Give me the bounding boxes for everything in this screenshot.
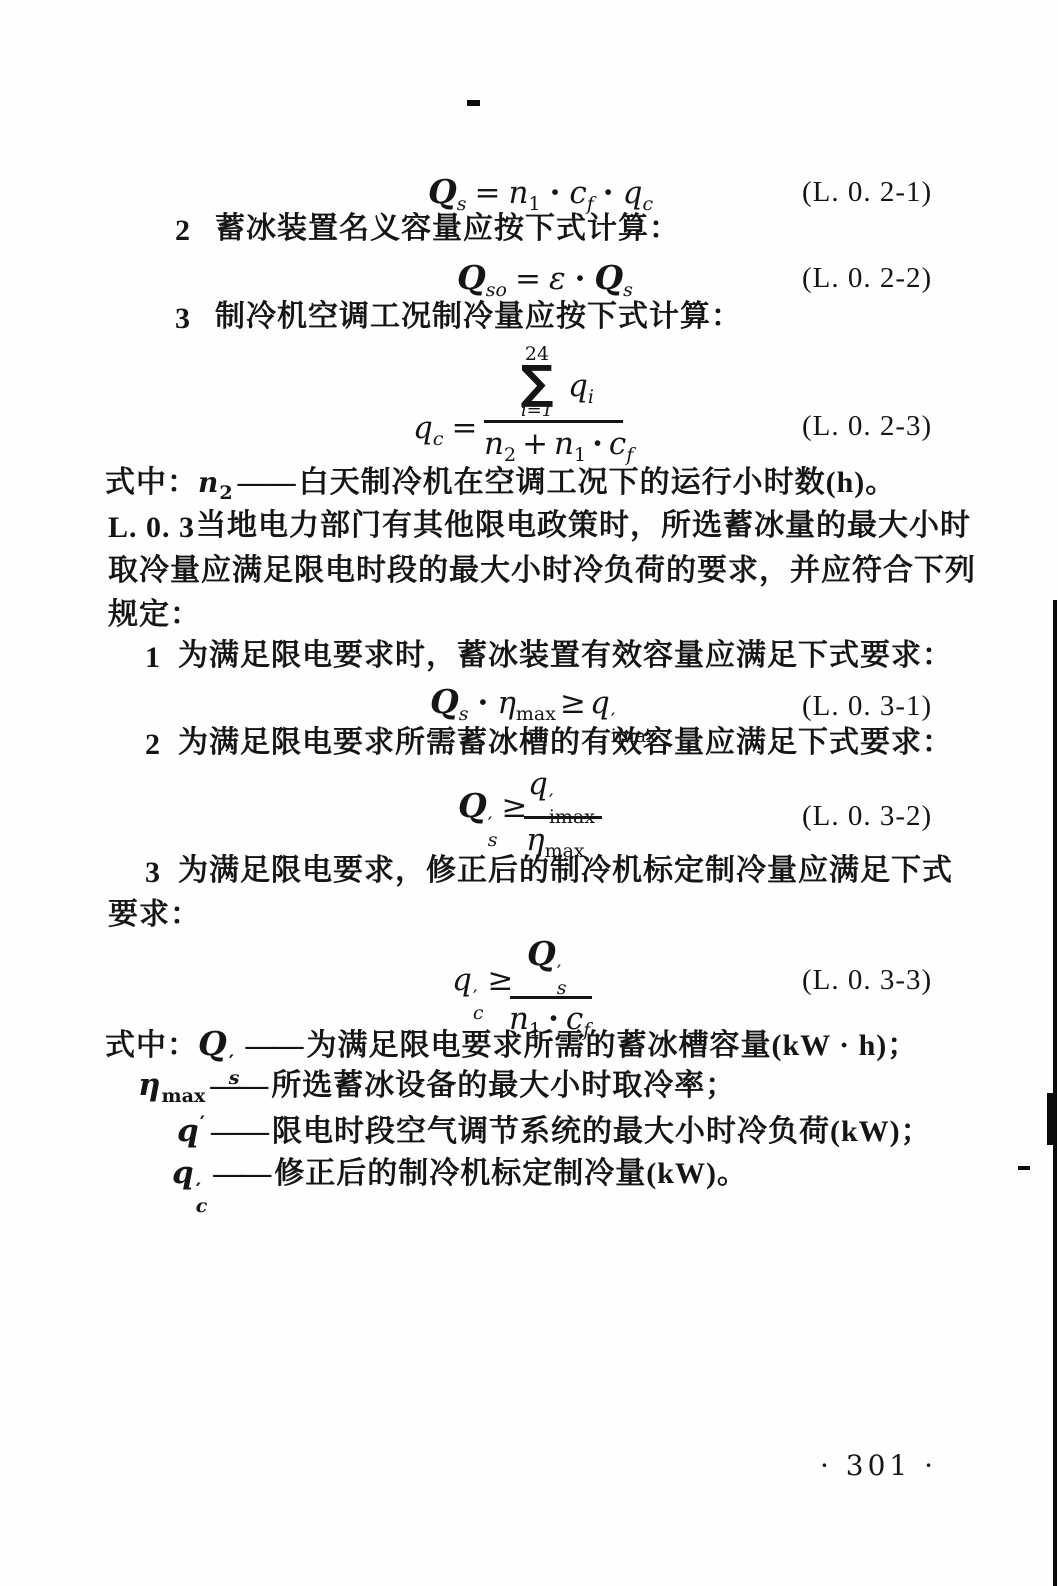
fraction-bar bbox=[510, 996, 592, 999]
item-number-2: 2 bbox=[175, 214, 190, 248]
scan-speck-top bbox=[467, 100, 480, 106]
var-Q: Q bbox=[198, 1024, 228, 1063]
prime-mark: ′ bbox=[200, 1111, 206, 1135]
formula-L.0.2-1: Qs=n1·cf·qc bbox=[428, 172, 653, 215]
var-c: c bbox=[609, 426, 626, 462]
var-Q: Q bbox=[428, 172, 457, 211]
clause-L.0.3-line1: 当地电力部门有其他限电政策时，所选蓄冰量的最大小时 bbox=[196, 509, 971, 542]
var-n: n bbox=[198, 466, 219, 499]
sub-c: c bbox=[473, 1006, 484, 1021]
var-Q: Q bbox=[457, 258, 486, 297]
fraction-bar bbox=[484, 420, 623, 423]
sub-c: c bbox=[433, 428, 444, 450]
sub-so: so bbox=[486, 279, 507, 301]
equals-sign: = bbox=[515, 261, 541, 297]
sigma-icon: ∑ bbox=[520, 364, 553, 402]
definition-dash: —— bbox=[211, 1115, 267, 1148]
item-3-text: 制冷机空调工况制冷量应按下式计算： bbox=[215, 300, 742, 333]
formula-L.0.3-2-lhs: Q′s≥ bbox=[458, 786, 532, 848]
greater-equal-sign: ≥ bbox=[560, 685, 586, 721]
plus-sign: + bbox=[522, 426, 548, 462]
prime-subscript-group: ′c bbox=[196, 1182, 209, 1214]
definition-row-q-prime: q′——限电时段空气调节系统的最大小时冷负荷(kW)； bbox=[177, 1112, 932, 1148]
equation-number-L.0.3-2: (L. 0. 3-2) bbox=[802, 800, 932, 833]
formula-L.0.3-3-lhs: q′c≥ bbox=[452, 962, 518, 1021]
greater-equal-sign: ≥ bbox=[488, 962, 514, 998]
var-eta: η bbox=[526, 822, 545, 858]
item-number-1: 1 bbox=[145, 641, 160, 675]
var-Q: Q bbox=[458, 786, 487, 825]
item-2-text: 蓄冰装置名义容量应按下式计算： bbox=[215, 212, 680, 245]
multiply-dot: · bbox=[603, 175, 614, 211]
clause-L.0.3-line3: 规定： bbox=[108, 598, 201, 631]
fraction-bar bbox=[524, 816, 602, 819]
scan-speck-mid bbox=[1018, 1166, 1030, 1170]
definition-text: 为满足限电要求所需的蓄冰槽容量(kW · h)； bbox=[306, 1029, 918, 1062]
formula-L.0.2-2: Qso=ε·Qs bbox=[457, 258, 633, 301]
sub-c: c bbox=[196, 1199, 209, 1214]
sub-s: s bbox=[488, 833, 498, 848]
sub-max: max bbox=[516, 703, 556, 725]
greater-equal-sign: ≥ bbox=[502, 789, 528, 825]
definition-row-eta-max: ηmax——所选蓄冰设备的最大小时取冷率； bbox=[138, 1068, 736, 1107]
rule-3-line1: 为满足限电要求，修正后的制冷机标定制冷量应满足下式 bbox=[178, 854, 953, 887]
var-q: q bbox=[413, 410, 433, 446]
var-q: q bbox=[528, 766, 548, 802]
rule-2-text: 为满足限电要求所需蓄冰槽的有效容量应满足下式要求： bbox=[178, 726, 953, 759]
clause-label-L.0.3: L. 0. 3 bbox=[108, 511, 195, 545]
definition-text: 白天制冷机在空调工况下的运行小时数(h)。 bbox=[299, 466, 897, 499]
item-number-3b: 3 bbox=[145, 856, 160, 890]
definition-row-qc-prime: q′c——修正后的制冷机标定制冷量(kW)。 bbox=[172, 1156, 748, 1214]
sub-s: s bbox=[557, 981, 567, 996]
var-q: q bbox=[172, 1155, 195, 1191]
var-n: n bbox=[484, 426, 504, 462]
sub-s: s bbox=[623, 279, 633, 301]
formula-L.0.3-3-numerator: Q′s bbox=[527, 934, 567, 996]
multiply-dot: · bbox=[550, 175, 561, 211]
where-prefix: 式中： bbox=[105, 466, 198, 499]
item-number-2b: 2 bbox=[145, 728, 160, 762]
sum-lower-limit: i=1 bbox=[521, 402, 553, 420]
prime-subscript-group: ′s bbox=[557, 964, 567, 996]
rule-3-line2: 要求： bbox=[108, 898, 201, 931]
var-n: n bbox=[554, 426, 574, 462]
sub-2: 2 bbox=[219, 482, 232, 504]
scanned-document-page: Qs=n1·cf·qc (L. 0. 2-1) 2 蓄冰装置名义容量应按下式计算… bbox=[0, 0, 1058, 1586]
var-eta: η bbox=[138, 1067, 162, 1103]
var-Q: Q bbox=[430, 682, 459, 721]
prime-subscript-group: ′imax bbox=[549, 793, 595, 825]
equation-number-L.0.2-2: (L. 0. 2-2) bbox=[802, 262, 932, 295]
page-number: · 301 · bbox=[820, 1449, 937, 1482]
equals-sign: = bbox=[452, 410, 478, 446]
equation-number-L.0.2-1: (L. 0. 2-1) bbox=[802, 176, 932, 209]
formula-L.0.2-3-lhs: qc= bbox=[413, 410, 486, 450]
equals-sign: = bbox=[475, 175, 501, 211]
var-Q: Q bbox=[594, 258, 623, 297]
equation-number-L.0.3-1: (L. 0. 3-1) bbox=[802, 690, 932, 723]
scan-edge-blob bbox=[1047, 1093, 1057, 1145]
definition-dash: —— bbox=[238, 466, 294, 499]
sub-2: 2 bbox=[504, 444, 516, 466]
formula-L.0.2-3-sum: 24 ∑ i=1 bbox=[506, 345, 568, 420]
prime-subscript-group: ′s bbox=[488, 816, 498, 848]
formula-L.0.2-3-denominator: n2+n1·cf bbox=[484, 426, 633, 466]
var-c: c bbox=[569, 175, 586, 211]
var-q: q bbox=[452, 962, 472, 998]
definition-dash: —— bbox=[245, 1029, 301, 1062]
var-eta: η bbox=[497, 685, 516, 721]
where-prefix: 式中： bbox=[105, 1029, 198, 1062]
var-n: n bbox=[509, 175, 529, 211]
where-clause-n2: 式中：n2——白天制冷机在空调工况下的运行小时数(h)。 bbox=[105, 466, 896, 504]
item-number-3: 3 bbox=[175, 302, 190, 336]
prime-subscript-group: ′c bbox=[473, 989, 484, 1021]
multiply-dot: · bbox=[478, 685, 489, 721]
definition-dash: —— bbox=[213, 1157, 269, 1190]
definition-text: 限电时段空气调节系统的最大小时冷负荷(kW)； bbox=[272, 1115, 932, 1148]
var-q: q bbox=[177, 1113, 200, 1149]
multiply-dot: · bbox=[592, 426, 603, 462]
definition-dash: —— bbox=[210, 1069, 266, 1102]
sub-1: 1 bbox=[574, 444, 586, 466]
var-q: q bbox=[568, 368, 588, 404]
equation-number-L.0.2-3: (L. 0. 2-3) bbox=[802, 410, 932, 443]
equation-number-L.0.3-3: (L. 0. 3-3) bbox=[802, 964, 932, 997]
sub-i: i bbox=[588, 386, 594, 408]
sub-max: max bbox=[162, 1085, 206, 1107]
var-q: q bbox=[590, 685, 610, 721]
definition-text: 所选蓄冰设备的最大小时取冷率； bbox=[271, 1069, 736, 1102]
formula-L.0.2-3-numerator-term: qi bbox=[568, 368, 594, 408]
sub-f: f bbox=[626, 444, 633, 466]
multiply-dot: · bbox=[575, 261, 586, 297]
var-q: q bbox=[623, 175, 643, 211]
var-Q: Q bbox=[527, 934, 556, 973]
sub-s: s bbox=[459, 703, 469, 725]
var-epsilon: ε bbox=[549, 261, 566, 297]
definition-text: 修正后的制冷机标定制冷量(kW)。 bbox=[274, 1157, 748, 1190]
clause-L.0.3-line2: 取冷量应满足限电时段的最大小时冷负荷的要求，并应符合下列 bbox=[108, 554, 976, 587]
rule-1-text: 为满足限电要求时，蓄冰装置有效容量应满足下式要求： bbox=[178, 639, 953, 672]
